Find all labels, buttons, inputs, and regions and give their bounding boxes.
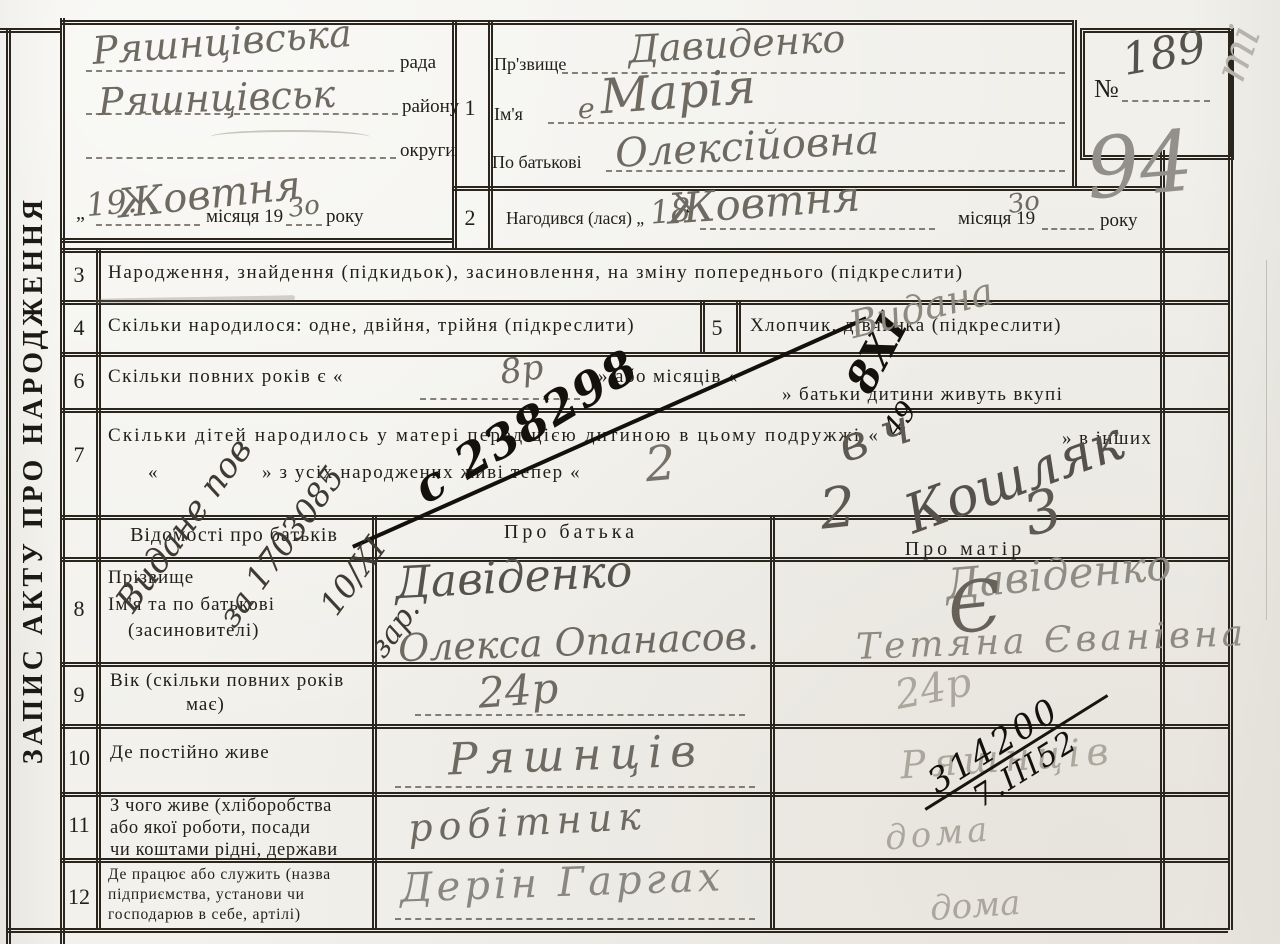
row6-part1: Скільки повних років є « xyxy=(108,366,344,388)
row12-label2: підприємства, установи чи xyxy=(108,886,305,904)
birth-year-line xyxy=(1042,228,1094,230)
row11-label1: З чого живе (хліборобства xyxy=(110,796,332,817)
hw-father-occupation: робітник xyxy=(407,794,648,850)
row11-number: 11 xyxy=(66,812,92,838)
hw-reg-year: Зо xyxy=(286,190,322,224)
hw-birth-month: Жовтня xyxy=(667,171,862,233)
border-row9-top xyxy=(60,662,1228,667)
sidebar: ЗАПИС АКТУ ПРО НАРОДЖЕННЯ xyxy=(8,120,60,840)
row12-label1: Де працює або служить (назва xyxy=(108,866,331,884)
hw-mother-workplace: дома xyxy=(929,883,1022,929)
reg-date-end: року xyxy=(326,206,363,228)
hw-father-age: 24р xyxy=(476,663,560,717)
border-row7-top xyxy=(60,408,1228,413)
row6-number: 6 xyxy=(66,368,92,394)
form-title-vertical: ЗАПИС АКТУ ПРО НАРОДЖЕННЯ xyxy=(18,196,50,764)
border-row3-top xyxy=(60,248,1228,253)
hw-right-note-3: Кошляк xyxy=(896,409,1132,546)
row3-text: Народження, знайдення (підкидьок), засин… xyxy=(108,262,964,284)
row12-father-line xyxy=(395,918,755,920)
hw-mother-age: 24р xyxy=(891,659,975,719)
row2-number: 2 xyxy=(456,205,484,231)
row6-part3: » батьки дитини живуть вкупі xyxy=(782,384,1063,406)
row7-number: 7 xyxy=(66,442,92,468)
row9-number: 9 xyxy=(66,682,92,708)
patronymic-label: По батькові xyxy=(492,152,582,173)
row4-text: Скільки народилося: одне, двійня, трійня… xyxy=(108,315,635,337)
parents-info-header: Відомості про батьків xyxy=(96,524,372,547)
row1-number: 1 xyxy=(456,95,484,121)
row8-number: 8 xyxy=(66,596,92,622)
border-sidebar-right xyxy=(60,18,65,944)
hw-child-patronymic: Олексійовна xyxy=(614,117,880,177)
border-number-col xyxy=(96,248,101,930)
row3-number: 3 xyxy=(66,262,92,288)
border-childbox-right xyxy=(1072,20,1077,188)
surname-label: Пр'звище xyxy=(494,54,566,75)
row11-label2: або якої роботи, посади xyxy=(110,818,311,839)
row10-label: Де постійно живе xyxy=(110,742,270,764)
border-regbox-bottom xyxy=(60,238,452,243)
border-father-mother-divider xyxy=(770,515,775,930)
row11-label3: чи коштами рідні, держави xyxy=(110,840,338,861)
hw-father-workplace: Дерін Гаргах xyxy=(399,854,725,911)
row12-label3: господарюв в себе, артілі) xyxy=(108,906,301,924)
okruha-line xyxy=(86,157,396,159)
number-line xyxy=(1122,100,1210,102)
reg-year-line xyxy=(286,224,322,226)
number-label: № xyxy=(1094,74,1119,104)
rada-label: рада xyxy=(400,52,436,74)
row7-line2-open: « xyxy=(148,462,158,484)
border-right-outer xyxy=(1228,28,1233,930)
row9-label1: Вік (скільки повних років xyxy=(110,670,344,692)
row10-father-line xyxy=(395,786,755,788)
row9-father-line xyxy=(415,714,745,716)
page-edge-faint-line xyxy=(1266,260,1267,620)
border-bottom xyxy=(6,928,1228,933)
hw-child-name: Марія xyxy=(598,59,757,126)
hw-right-note-6: Є xyxy=(944,563,1006,650)
row5-number: 5 xyxy=(704,315,730,341)
hw-father-surname: Давіденко xyxy=(394,546,634,609)
row4-number: 4 xyxy=(66,315,92,341)
raion-label: району xyxy=(402,96,459,118)
hw-raion-value: Ряшнцівськ xyxy=(97,72,336,124)
reg-date-quote: „ xyxy=(76,202,85,225)
hw-mother-name: Тетяна Єванівна xyxy=(855,613,1247,668)
border-childbox-numcol xyxy=(488,20,493,248)
row10-number: 10 xyxy=(66,745,92,771)
row9-label2: має) xyxy=(186,694,225,716)
border-cell5-right xyxy=(736,300,741,354)
hw-right-note-4: 2 xyxy=(817,474,859,542)
name-label: Ім'я xyxy=(494,104,523,125)
okruha-label: округи xyxy=(400,140,455,162)
hw-father-residence: Ряшнців xyxy=(447,726,704,786)
pencil-squiggle xyxy=(210,130,370,144)
birth-label: Нагодився (лася) „ xyxy=(506,208,644,229)
border-row6-top xyxy=(60,352,1228,357)
row12-number: 12 xyxy=(66,884,92,910)
hw-birth-year: Зо xyxy=(1006,186,1042,220)
hw-pencil-number: 94 xyxy=(1082,112,1197,219)
father-header: Про батька xyxy=(372,521,770,544)
scanned-birth-record: ЗАПИС АКТУ ПРО НАРОДЖЕННЯ рада району ок… xyxy=(0,0,1280,944)
hw-name-flourish: е xyxy=(578,92,595,125)
hw-row7-value: 2 xyxy=(643,435,678,493)
